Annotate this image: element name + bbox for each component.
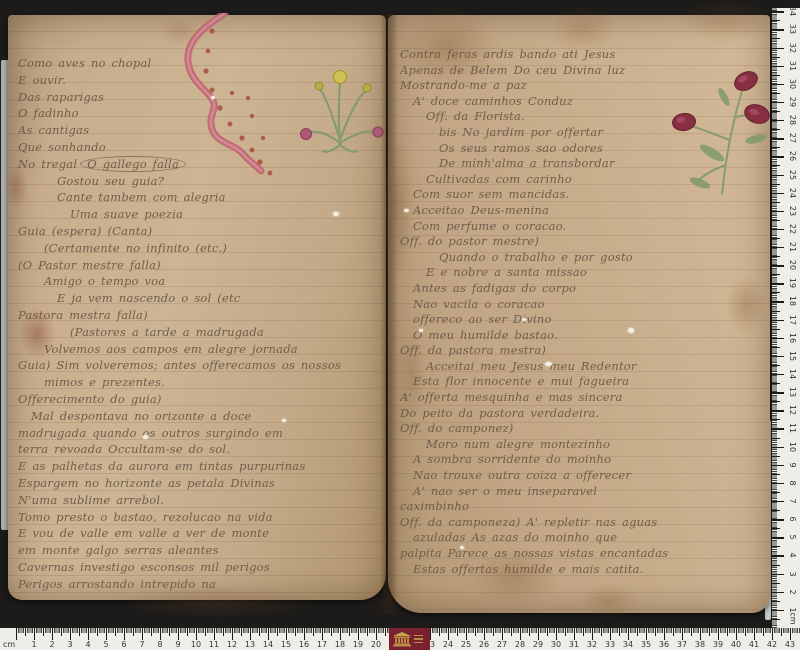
ruler-tick-cm bbox=[592, 628, 593, 640]
ruler-tick-cm bbox=[772, 410, 784, 411]
handwritten-line: Moro num alegre montezinho bbox=[400, 437, 768, 453]
ruler-tick-cm bbox=[232, 628, 233, 640]
handwritten-line: Guia (espera) (Canta) bbox=[18, 223, 382, 240]
ruler-tick-cm bbox=[106, 628, 107, 640]
ruler-number: 26 bbox=[479, 640, 489, 649]
ruler-tick-half bbox=[151, 628, 152, 636]
handwritten-line: O fadinho bbox=[18, 105, 382, 122]
ruler-number: 37 bbox=[677, 640, 687, 649]
stain bbox=[392, 8, 502, 88]
ruler-number: 32 bbox=[587, 640, 597, 649]
ruler-tick-half bbox=[772, 365, 780, 366]
ruler-tick-half bbox=[367, 628, 368, 636]
ruler-number: 7 bbox=[139, 640, 144, 649]
handwritten-line: Nao trouxe outra coiza a offerecer bbox=[400, 468, 768, 484]
ruler-tick-half bbox=[772, 220, 780, 221]
ruler-tick-half bbox=[772, 329, 780, 330]
ruler-tick-cm bbox=[376, 628, 377, 640]
ruler-tick-half bbox=[772, 401, 780, 402]
ruler-number: 18 bbox=[335, 640, 345, 649]
ruler-tick-cm bbox=[196, 628, 197, 640]
ruler-tick-half bbox=[772, 419, 780, 420]
paper-speck bbox=[628, 328, 634, 333]
ruler-tick-cm bbox=[772, 229, 784, 230]
ruler-tick-half bbox=[511, 628, 512, 636]
paper-speck bbox=[333, 212, 339, 216]
ruler-number: 1 bbox=[31, 640, 36, 649]
ruler-number: 3 bbox=[787, 568, 799, 580]
handwritten-line: Uma suave poezia bbox=[18, 206, 382, 223]
ruler-number: 8 bbox=[787, 477, 799, 489]
ruler-tick-cm bbox=[772, 501, 784, 502]
stain bbox=[158, 16, 200, 46]
ruler-tick-cm bbox=[646, 628, 647, 640]
ruler-tick-cm bbox=[448, 628, 449, 640]
ruler-tick-cm bbox=[628, 628, 629, 640]
ruler-tick-cm bbox=[574, 628, 575, 640]
ruler-tick-half bbox=[772, 57, 780, 58]
ruler-tick-cm bbox=[772, 265, 784, 266]
ruler-tick-cm bbox=[772, 11, 784, 12]
ruler-tick-cm bbox=[772, 483, 784, 484]
ruler-number: 19 bbox=[353, 640, 363, 649]
ruler-tick-cm bbox=[772, 301, 784, 302]
ruler-tick-cm bbox=[430, 628, 431, 640]
ruler-tick-cm bbox=[88, 628, 89, 640]
handwritten-line: terra revoada Occultam-se do sol. bbox=[18, 441, 382, 458]
ruler-tick-half bbox=[709, 628, 710, 636]
ruler-number: 2 bbox=[787, 586, 799, 598]
ruler-tick-half bbox=[772, 474, 780, 475]
ruler-number: 35 bbox=[641, 640, 651, 649]
ruler-unit-label: cm bbox=[3, 640, 15, 649]
handwritten-line: Cultivadas com carinho bbox=[400, 172, 768, 188]
ruler-tick-cm bbox=[700, 628, 701, 640]
ruler-number: 16 bbox=[299, 640, 309, 649]
ruler-tick-half bbox=[43, 628, 44, 636]
ruler-tick-half bbox=[772, 165, 780, 166]
handwritten-line: A' doce caminhos Conduz bbox=[400, 94, 768, 110]
ruler-tick-cm bbox=[772, 247, 784, 248]
ruler-tick-half bbox=[772, 75, 780, 76]
ruler-number: 4 bbox=[787, 549, 799, 561]
handwritten-line: Off. do camponez) bbox=[400, 421, 768, 437]
ruler-number: 30 bbox=[551, 640, 561, 649]
paper-speck bbox=[460, 546, 464, 549]
ruler-tick-half bbox=[772, 311, 780, 312]
handwritten-line: Guia) Sim volveremos; antes offerecamos … bbox=[18, 357, 382, 374]
ruler-number: 2 bbox=[49, 640, 54, 649]
paper-speck bbox=[404, 209, 409, 212]
handwritten-line: Com suor sem mancidas. bbox=[400, 187, 768, 203]
ruler-tick-cm bbox=[178, 628, 179, 640]
ruler-tick-cm bbox=[772, 428, 784, 429]
ruler-number: 38 bbox=[695, 640, 705, 649]
ruler-tick-cm bbox=[772, 555, 784, 556]
ruler-tick-cm bbox=[772, 175, 784, 176]
ruler-tick-cm bbox=[772, 392, 784, 393]
ruler-number: 41 bbox=[749, 640, 759, 649]
ruler-tick-half bbox=[772, 20, 780, 21]
ruler-tick-cm bbox=[610, 628, 611, 640]
ruler-tick-cm bbox=[772, 374, 784, 375]
ruler-tick-half bbox=[772, 383, 780, 384]
ruler-number: 32 bbox=[787, 42, 799, 54]
ruler-tick-half bbox=[772, 238, 780, 239]
handwritten-line: Off. da Florista. bbox=[400, 109, 768, 125]
left-page-text-block: Como aves no chopalE ouvir.Das raparigas… bbox=[18, 55, 382, 593]
ruler-tick-half bbox=[331, 628, 332, 636]
stain bbox=[118, 586, 318, 618]
handwritten-line: Volvemos aos campos em alegre jornada bbox=[18, 341, 382, 358]
handwritten-line: Esta flor innocente e mui fagueira bbox=[400, 374, 768, 390]
ruler-tick-cm bbox=[772, 102, 784, 103]
ruler-number: 9 bbox=[175, 640, 180, 649]
ruler-number: 29 bbox=[787, 96, 799, 108]
ruler-tick-half bbox=[529, 628, 530, 636]
ruler-tick-half bbox=[691, 628, 692, 636]
handwritten-line: Off. da pastora mestra) bbox=[400, 343, 768, 359]
handwritten-line: Cante tambem com alegria bbox=[18, 189, 382, 206]
handwritten-line: Offerecimento do guia) bbox=[18, 391, 382, 408]
left-page: Como aves no chopalE ouvir.Das raparigas… bbox=[8, 15, 386, 600]
paper-speck bbox=[522, 318, 526, 321]
ruler-tick-half bbox=[475, 628, 476, 636]
handwritten-line: Amigo o tempo voa bbox=[18, 273, 382, 290]
ruler-tick-cm bbox=[52, 628, 53, 640]
ruler-tick-half bbox=[385, 628, 386, 636]
handwritten-line: Off. do pastor mestre) bbox=[400, 234, 768, 250]
ruler-number: 28 bbox=[515, 640, 525, 649]
ruler-number: 11 bbox=[787, 422, 799, 434]
handwritten-line: E ouvir. bbox=[18, 72, 382, 89]
ruler-tick-half bbox=[772, 601, 780, 602]
handwritten-line: Tomo presto o bastao, rezolucao na vida bbox=[18, 509, 382, 526]
ruler-number: 15 bbox=[281, 640, 291, 649]
handwritten-line: Cavernas investigo esconsos mil perigos bbox=[18, 559, 382, 576]
ruler-tick-cm bbox=[772, 338, 784, 339]
paper-speck bbox=[211, 96, 215, 99]
ruler-tick-half bbox=[493, 628, 494, 636]
ruler-tick-cm bbox=[772, 211, 784, 212]
ruler-number: 14 bbox=[787, 368, 799, 380]
ruler-tick-half bbox=[772, 129, 780, 130]
ruler-tick-half bbox=[772, 38, 780, 39]
handwritten-line: O meu humilde bastao. bbox=[400, 328, 768, 344]
ruler-number: 23 bbox=[787, 205, 799, 217]
ruler-tick-half bbox=[601, 628, 602, 636]
ruler-number: 24 bbox=[787, 187, 799, 199]
ruler-number: 40 bbox=[731, 640, 741, 649]
handwritten-line: Estas offertas humilde e mais catita. bbox=[400, 562, 768, 578]
ruler-number: 14 bbox=[263, 640, 273, 649]
handwritten-line: A' nao ser o meu inseparavel bbox=[400, 484, 768, 500]
ruler-number: 7 bbox=[787, 495, 799, 507]
ruler-tick-half bbox=[772, 438, 780, 439]
ruler-tick-cm bbox=[772, 592, 784, 593]
handwritten-line: E as palhetas da aurora em tintas purpur… bbox=[18, 458, 382, 475]
ruler-number: 22 bbox=[787, 223, 799, 235]
ruler-number: 5 bbox=[787, 531, 799, 543]
ruler-number: 6 bbox=[121, 640, 126, 649]
paper-speck bbox=[282, 419, 286, 422]
ruler-number: 15 bbox=[787, 350, 799, 362]
ruler-tick-half bbox=[205, 628, 206, 636]
ruler-tick-half bbox=[277, 628, 278, 636]
paper-speck bbox=[545, 362, 552, 366]
ruler-number: 17 bbox=[317, 640, 327, 649]
ruler-number: 3 bbox=[67, 640, 72, 649]
stain bbox=[578, 583, 640, 619]
handwritten-line: No tregalO gallego falla bbox=[18, 156, 382, 173]
handwritten-line: Nao vacila o coracao bbox=[400, 297, 768, 313]
handwritten-line: (Pastores a tarde a madrugada bbox=[18, 324, 382, 341]
ruler-tick-half bbox=[97, 628, 98, 636]
ruler-number: 13 bbox=[245, 640, 255, 649]
handwritten-line: A' offerta mesquinha e mas sincera bbox=[400, 390, 768, 406]
ruler-tick-half bbox=[745, 628, 746, 636]
handwritten-line: De minh'alma a transbordar bbox=[400, 156, 768, 172]
ruler-number: 27 bbox=[497, 640, 507, 649]
ruler-number: 11 bbox=[209, 640, 219, 649]
ruler-number: 25 bbox=[787, 169, 799, 181]
ruler-number: 16 bbox=[787, 332, 799, 344]
ruler-number: 17 bbox=[787, 314, 799, 326]
ruler-tick-cm bbox=[16, 628, 17, 640]
ruler-tick-half bbox=[772, 619, 780, 620]
stain bbox=[726, 276, 768, 334]
handwritten-line: As cantigas bbox=[18, 122, 382, 139]
handwritten-line: Com perfume o coracao. bbox=[400, 219, 768, 235]
ruler-number: 19 bbox=[787, 277, 799, 289]
handwritten-line: bis No jardim por offertar bbox=[400, 125, 768, 141]
ruler-tick-half bbox=[295, 628, 296, 636]
ruler-tick-half bbox=[772, 347, 780, 348]
ruler-tick-cm bbox=[772, 283, 784, 284]
ruler-tick-half bbox=[772, 202, 780, 203]
ruler-tick-cm bbox=[772, 84, 784, 85]
ruler-tick-half bbox=[439, 628, 440, 636]
ruler-tick-cm bbox=[268, 628, 269, 640]
circled-annotation: O gallego falla bbox=[80, 156, 186, 172]
stain bbox=[468, 546, 560, 608]
ruler-tick-half bbox=[772, 565, 780, 566]
ruler-tick-cm bbox=[124, 628, 125, 640]
ruler-tick-half bbox=[772, 256, 780, 257]
logo-text-lines bbox=[414, 635, 423, 644]
ruler-tick-cm bbox=[772, 120, 784, 121]
ruler-tick-cm bbox=[556, 628, 557, 640]
handwritten-line: Acceitai meu Jesus meu Redentor bbox=[400, 359, 768, 375]
handwritten-line: azuladas As azas do moinho que bbox=[400, 530, 768, 546]
ruler-number: 13 bbox=[787, 386, 799, 398]
ruler-tick-half bbox=[547, 628, 548, 636]
ruler-tick-cm bbox=[322, 628, 323, 640]
handwritten-line: (Certamente no infinito (etc.) bbox=[18, 240, 382, 257]
ruler-tick-cm bbox=[286, 628, 287, 640]
ruler-tick-half bbox=[187, 628, 188, 636]
ruler-number: 29 bbox=[533, 640, 543, 649]
ruler-tick-half bbox=[772, 292, 780, 293]
ruler-tick-half bbox=[772, 492, 780, 493]
ruler-tick-half bbox=[772, 93, 780, 94]
ruler-number: 24 bbox=[443, 640, 453, 649]
ruler-number: 9 bbox=[787, 459, 799, 471]
ruler-tick-half bbox=[457, 628, 458, 636]
ruler-tick-cm bbox=[772, 628, 773, 640]
ruler-tick-cm bbox=[250, 628, 251, 640]
ruler-tick-cm bbox=[466, 628, 467, 640]
ruler-number: 30 bbox=[787, 78, 799, 90]
ruler-tick-half bbox=[772, 274, 780, 275]
ruler-tick-half bbox=[763, 628, 764, 636]
ruler-tick-half bbox=[259, 628, 260, 636]
ruler-tick-cm bbox=[772, 193, 784, 194]
ruler-tick-half bbox=[772, 147, 780, 148]
handwritten-line: E ja vem nascendo o sol (etc bbox=[18, 290, 382, 307]
ruler-tick-half bbox=[772, 184, 780, 185]
stain bbox=[18, 308, 56, 360]
ruler-tick-half bbox=[169, 628, 170, 636]
ruler-tick-cm bbox=[484, 628, 485, 640]
ruler-number: 20 bbox=[787, 259, 799, 271]
ruler-tick-half bbox=[583, 628, 584, 636]
ruler-tick-half bbox=[655, 628, 656, 636]
ruler-tick-cm bbox=[520, 628, 521, 640]
ruler-number: 8 bbox=[157, 640, 162, 649]
ruler-number: 27 bbox=[787, 132, 799, 144]
handwritten-line: caximbinho bbox=[400, 499, 768, 515]
ruler-number: 36 bbox=[659, 640, 669, 649]
ruler-number: 12 bbox=[227, 640, 237, 649]
handwritten-line: mimos e prezentes. bbox=[18, 374, 382, 391]
handwritten-line: E e nobre a santa missao bbox=[400, 265, 768, 281]
ruler-tick-half bbox=[565, 628, 566, 636]
ruler-number: 6 bbox=[787, 513, 799, 525]
ruler-tick-cm bbox=[340, 628, 341, 640]
ruler-tick-cm bbox=[772, 48, 784, 49]
handwritten-line: (O Pastor mestre falla) bbox=[18, 257, 382, 274]
handwritten-line: Que sonhando bbox=[18, 139, 382, 156]
ruler-number: 34 bbox=[623, 640, 633, 649]
ruler-tick-cm bbox=[772, 156, 784, 157]
paper-speck bbox=[419, 329, 423, 332]
ruler-number: 10 bbox=[191, 640, 201, 649]
manuscript-photo: Como aves no chopalE ouvir.Das raparigas… bbox=[0, 0, 800, 650]
handwritten-line: Acceitao Deus-menina bbox=[400, 203, 768, 219]
handwritten-line: offereco ao ser Divino bbox=[400, 312, 768, 328]
handwritten-line: Das raparigas bbox=[18, 89, 382, 106]
ruler-tick-half bbox=[772, 528, 780, 529]
handwritten-line: Antes as fadigas do corpo bbox=[400, 281, 768, 297]
ruler-tick-half bbox=[673, 628, 674, 636]
ruler-tick-half bbox=[133, 628, 134, 636]
ruler-tick-half bbox=[772, 456, 780, 457]
ruler-tick-cm bbox=[754, 628, 755, 640]
ruler-number: 31 bbox=[569, 640, 579, 649]
ruler-number: 39 bbox=[713, 640, 723, 649]
stain bbox=[378, 130, 414, 280]
ruler-number: 20 bbox=[371, 640, 381, 649]
handwritten-line: Mal despontava no orizonte a doce bbox=[18, 408, 382, 425]
ruler-tick-cm bbox=[772, 356, 784, 357]
ruler-tick-cm bbox=[736, 628, 737, 640]
ruler-tick-cm bbox=[160, 628, 161, 640]
ruler-tick-half bbox=[619, 628, 620, 636]
ruler-tick-half bbox=[727, 628, 728, 636]
ruler-tick-cm bbox=[358, 628, 359, 640]
ruler-number: 33 bbox=[605, 640, 615, 649]
handwritten-line: Gostou seu guia? bbox=[18, 173, 382, 190]
stain bbox=[4, 166, 28, 208]
ruler-number: 1 bbox=[787, 604, 799, 616]
ruler-number: 33 bbox=[787, 23, 799, 35]
ruler-tick-cm bbox=[772, 574, 784, 575]
ruler-number: 26 bbox=[787, 150, 799, 162]
ruler-tick-cm bbox=[682, 628, 683, 640]
ruler-number: 31 bbox=[787, 60, 799, 72]
ruler-tick-cm bbox=[772, 29, 784, 30]
handwritten-line: palpita Parece as nossas vistas encantad… bbox=[400, 546, 768, 562]
ruler-tick-cm bbox=[34, 628, 35, 640]
stain bbox=[676, 0, 776, 42]
ruler-number: 42 bbox=[767, 640, 777, 649]
handwritten-line: A sombra sorridente do moinho bbox=[400, 452, 768, 468]
ruler-tick-half bbox=[241, 628, 242, 636]
handwritten-line: Espargem no horizonte as petala Divinas bbox=[18, 475, 382, 492]
ruler-number: 5 bbox=[103, 640, 108, 649]
ruler-number: 43 bbox=[785, 640, 795, 649]
ruler-tick-cm bbox=[70, 628, 71, 640]
ruler-horizontal: cm 1234567891011121314151617181920 bbox=[0, 628, 800, 650]
ruler-tick-cm bbox=[664, 628, 665, 640]
ruler-tick-half bbox=[349, 628, 350, 636]
ruler-tick-cm bbox=[502, 628, 503, 640]
ruler-tick-cm bbox=[772, 447, 784, 448]
ruler-number: 10 bbox=[787, 441, 799, 453]
handwritten-line: Os seus ramos sao odores bbox=[400, 141, 768, 157]
ruler-tick-half bbox=[772, 510, 780, 511]
ruler-tick-cm bbox=[772, 138, 784, 139]
ruler-tick-half bbox=[223, 628, 224, 636]
ruler-number: 4 bbox=[85, 640, 90, 649]
handwritten-line: Do peito da pastora verdadeira. bbox=[400, 406, 768, 422]
ruler-tick-cm bbox=[772, 537, 784, 538]
ruler-tick-cm bbox=[772, 465, 784, 466]
ruler-tick-cm bbox=[772, 66, 784, 67]
ruler-tick-cm bbox=[790, 628, 791, 640]
ruler-tick-cm bbox=[772, 320, 784, 321]
building-icon bbox=[392, 631, 412, 647]
handwritten-line: em monte galgo serras aleantes bbox=[18, 542, 382, 559]
right-page: Contra feras ardis bando ati JesusApenas… bbox=[388, 15, 770, 613]
ruler-tick-half bbox=[79, 628, 80, 636]
ruler-number: 21 bbox=[787, 241, 799, 253]
ruler-tick-half bbox=[25, 628, 26, 636]
ruler-tick-half bbox=[772, 583, 780, 584]
ruler-tick-cm bbox=[538, 628, 539, 640]
ruler-tick-half bbox=[772, 111, 780, 112]
ruler-number: 18 bbox=[787, 295, 799, 307]
handwritten-line: E vou de valle em valle a ver de monte bbox=[18, 525, 382, 542]
right-page-text-block: Contra feras ardis bando ati JesusApenas… bbox=[400, 47, 768, 577]
paper-speck bbox=[143, 435, 148, 439]
ruler-number: 28 bbox=[787, 114, 799, 126]
ruler-tick-cm bbox=[304, 628, 305, 640]
ruler-tick-half bbox=[313, 628, 314, 636]
ruler-tick-cm bbox=[718, 628, 719, 640]
handwritten-line: Como aves no chopal bbox=[18, 55, 382, 72]
